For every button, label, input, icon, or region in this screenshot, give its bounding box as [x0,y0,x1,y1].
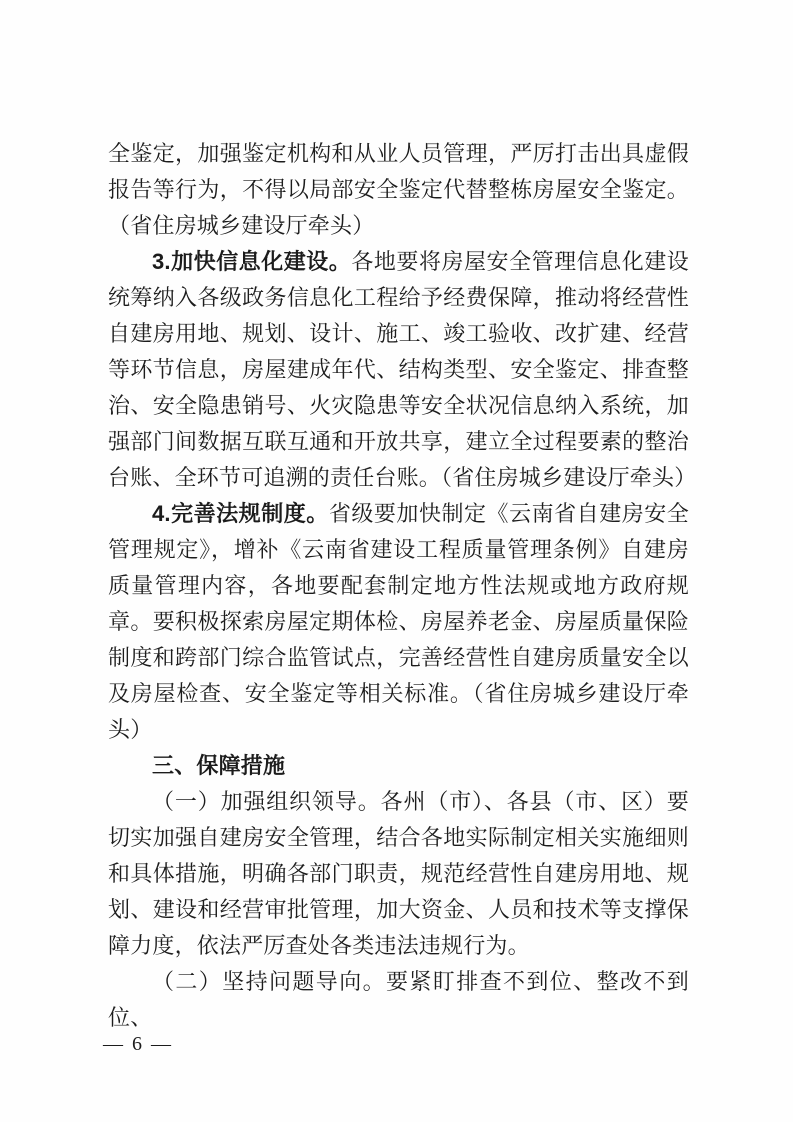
paragraph-sub-2: （二）坚持问题导向。要紧盯排查不到位、整改不到位、 [108,964,689,1036]
paragraph-item-4: 4.完善法规制度。省级要加快制定《云南省自建房安全管理规定》，增补《云南省建设工… [108,496,689,748]
paragraph-item-3: 3.加快信息化建设。各地要将房屋安全管理信息化建设统筹纳入各级政务信息化工程给予… [108,244,689,496]
page-number: — 6 — [103,1033,173,1055]
section-heading-3: 三、保障措施 [108,748,689,784]
paragraph-sub-1-text: 各州（市）、各县（市、区）要切实加强自建房安全管理，结合各地实际制定相关实施细则… [108,789,689,958]
paragraph-item-3-lead: 3.加快信息化建设。 [152,249,351,274]
paragraph-sub-2-lead: （二）坚持问题导向。 [152,969,386,994]
document-body: 全鉴定，加强鉴定机构和从业人员管理，严厉打击出具虚假报告等行为，不得以局部安全鉴… [108,136,689,1036]
page-footer: — 6 — [103,1031,173,1057]
paragraph-continued: 全鉴定，加强鉴定机构和从业人员管理，严厉打击出具虚假报告等行为，不得以局部安全鉴… [108,136,689,244]
paragraph-sub-1-lead: （一）加强组织领导。 [152,789,381,814]
paragraph-item-3-text: 各地要将房屋安全管理信息化建设统筹纳入各级政务信息化工程给予经费保障，推动将经营… [108,249,696,490]
paragraph-sub-1: （一）加强组织领导。各州（市）、各县（市、区）要切实加强自建房安全管理，结合各地… [108,784,689,964]
paragraph-item-4-lead: 4.完善法规制度。 [152,501,329,526]
document-page: 全鉴定，加强鉴定机构和从业人员管理，严厉打击出具虚假报告等行为，不得以局部安全鉴… [0,0,793,1122]
paragraph-item-4-text: 省级要加快制定《云南省自建房安全管理规定》，增补《云南省建设工程质量管理条例》自… [108,501,689,742]
